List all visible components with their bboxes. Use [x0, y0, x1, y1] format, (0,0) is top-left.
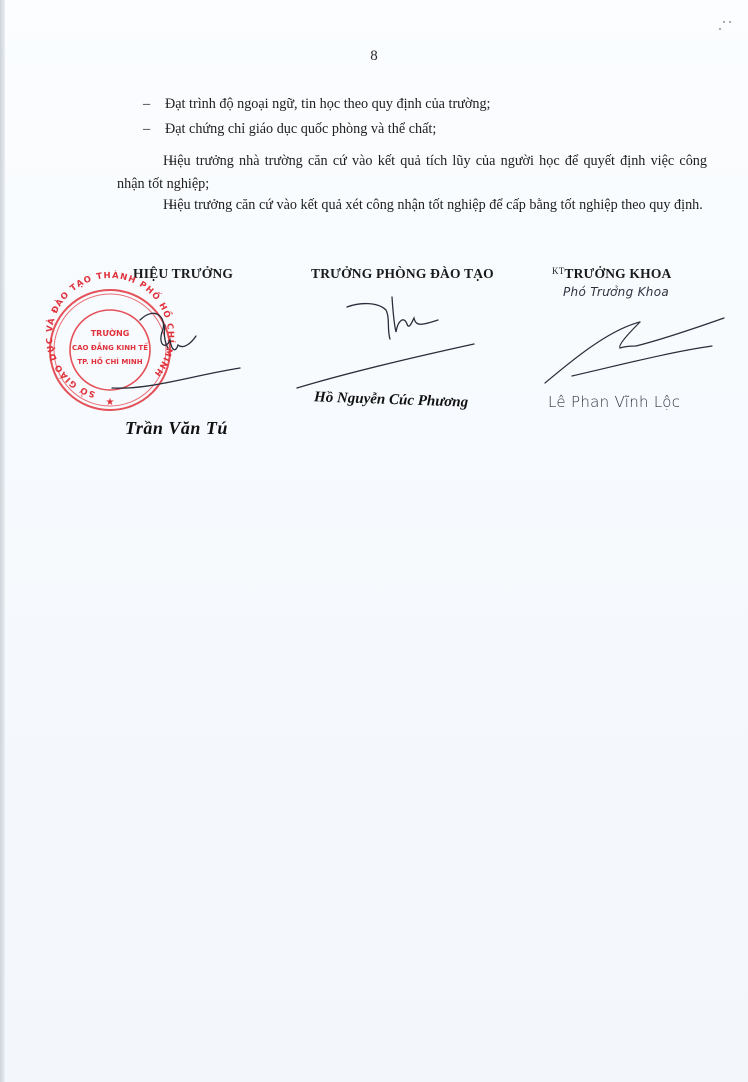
handwritten-signer-name-faculty: Lê Phan Vĩnh Lộc — [548, 393, 680, 411]
school-stamp: SỞ GIÁO DỤC VÀ ĐÀO TẠO THÀNH PHỐ HỒ CHÍ … — [44, 269, 177, 410]
signer-name-principal: Trần Văn Tú — [125, 418, 228, 439]
scan-speck — [729, 21, 731, 23]
scan-speck — [723, 21, 725, 23]
document-page: 8 –Đạt trình độ ngoại ngữ, tin học theo … — [0, 0, 748, 1082]
faculty-deputy-signature — [545, 318, 724, 383]
stamp-line2: CAO ĐẲNG KINH TẾ — [72, 342, 148, 352]
training-head-signature — [297, 297, 474, 388]
stamp-line1: TRƯỜNG — [91, 327, 130, 338]
scan-speck — [719, 28, 721, 30]
stamp-line3: TP. HỒ CHÍ MINH — [77, 356, 142, 366]
stamp-star-icon: ★ — [106, 397, 115, 408]
stamp-and-signatures: SỞ GIÁO DỤC VÀ ĐÀO TẠO THÀNH PHỐ HỒ CHÍ … — [0, 0, 748, 1082]
